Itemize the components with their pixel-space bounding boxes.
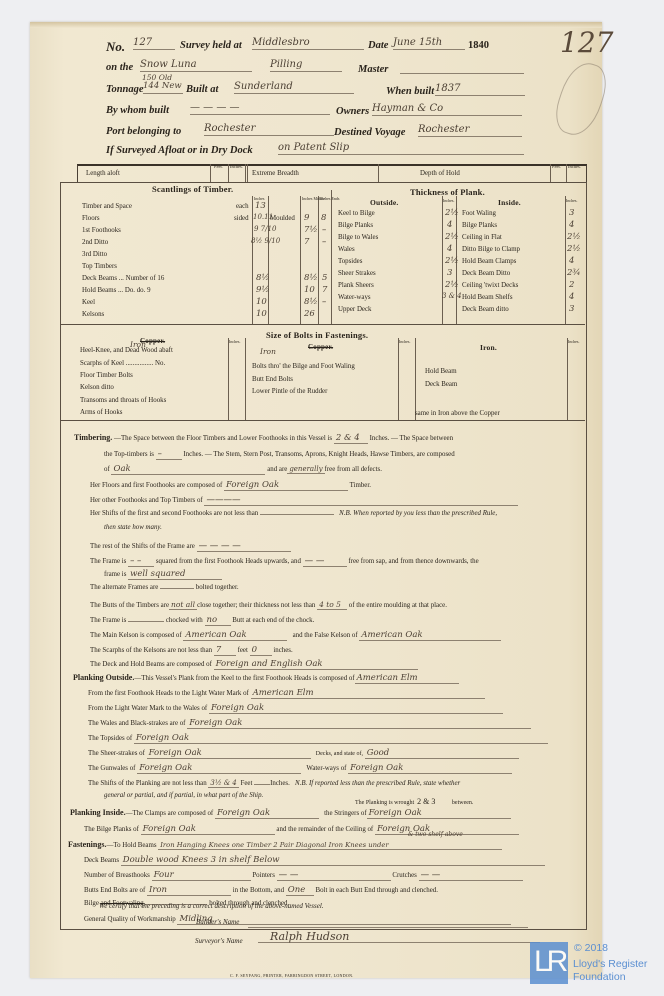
- scantling-label: 1st Foothooks: [82, 227, 121, 234]
- plank-label: Ceiling in Flat: [462, 234, 502, 241]
- crutches-value: — —: [419, 870, 523, 881]
- depth-label: Depth of Hold: [420, 170, 460, 177]
- plank-label: Hold Beam Clamps: [462, 258, 516, 265]
- surveyor-signature: Ralph Hudson: [258, 930, 540, 943]
- org-name-line1: Lloyd's Register: [573, 958, 647, 970]
- scarphs-feet-value: 7: [214, 645, 236, 656]
- when-built-value: 1837: [435, 83, 525, 96]
- text: Her other Foothooks and Top Timbers of: [90, 497, 203, 504]
- scantling-label: Deck Beams ... Number of 16: [82, 275, 164, 282]
- scantling-label: Kelsons: [82, 311, 104, 318]
- bolt-label: Heel-Knee, and Dead Wood abaft: [80, 347, 173, 354]
- floor-space-value: 2 & 4: [334, 433, 368, 444]
- text: feet: [238, 647, 248, 654]
- plank-value: 4: [569, 220, 574, 230]
- scantling-ends: 7: [322, 285, 327, 295]
- scantling-ends: 5: [322, 273, 327, 283]
- main-kelson-value: American Oak: [183, 630, 287, 641]
- plank-value: 4: [569, 256, 574, 266]
- wrought-value: 2 & 3: [417, 797, 435, 806]
- text: —This Vessel's Plank from the Keel to th…: [134, 675, 354, 682]
- stringers-value: Foreign Oak: [367, 808, 511, 819]
- light-water-value: American Elm: [251, 688, 485, 699]
- text: Timber.: [350, 482, 371, 489]
- plank-value: 2½: [567, 232, 581, 242]
- inches-label: Inches.: [230, 164, 243, 169]
- scantling-ends: –: [322, 225, 326, 235]
- scantling-label: 3rd Ditto: [82, 251, 107, 258]
- ship-label: on the: [106, 62, 133, 73]
- plank-value: 4: [569, 292, 574, 302]
- text: of: [104, 466, 110, 473]
- inside-title: Inside.: [498, 198, 521, 207]
- scantling-label: Timber and Space: [82, 203, 132, 210]
- hold-beams-value: Iron Hanging Knees one Timber 2 Pair Dia…: [158, 841, 502, 850]
- planking-outside-heading: Planking Outside.: [73, 673, 134, 682]
- lr-logo-icon: LR: [530, 942, 568, 984]
- plank-label: Bilge to Wales: [338, 234, 378, 241]
- survey-held-value: Middlesbro: [252, 37, 364, 50]
- date-year: 1840: [468, 40, 489, 51]
- text: and the False Kelson of: [293, 632, 358, 639]
- plank-label: Ditto Bilge to Clamp: [462, 246, 520, 253]
- plank-label: Keel to Bilge: [338, 210, 375, 217]
- text: close together; their thickness not less…: [197, 602, 315, 609]
- text: the Stringers of: [324, 810, 367, 817]
- master-label: Master: [358, 64, 388, 75]
- plank-value: 3 & 4: [442, 292, 462, 300]
- text: The Butts of the Timbers are: [90, 602, 169, 609]
- scantlings-title: Scantlings of Timber.: [152, 184, 233, 194]
- scantling-sided: 10: [256, 297, 267, 307]
- decks-state-value: Good: [365, 748, 519, 759]
- text: The Wales and Black-strakes are of: [88, 720, 185, 727]
- fastenings-heading: Fastenings.: [68, 840, 106, 849]
- afloat-label: If Surveyed Afloat or in Dry Dock: [106, 145, 253, 156]
- ship-value: Snow Luna: [140, 59, 252, 72]
- text: N.B. When reported by you less than the …: [339, 510, 497, 517]
- tonnage-value: 144 New: [143, 81, 183, 94]
- bolt-label: Bolts thro' the Bilge and Foot Waling: [252, 363, 355, 370]
- bolts-inches-header: Inches.: [229, 339, 240, 344]
- text: chocked with: [166, 617, 203, 624]
- beams-value: Foreign and English Oak: [214, 659, 418, 670]
- scantling-mid: 9: [304, 213, 309, 223]
- plank-label: Sheer Strakes: [338, 270, 376, 277]
- waterways-value: Foreign Oak: [348, 763, 512, 774]
- breasthooks-value: Four: [152, 870, 251, 881]
- text: Inches. — The Stem, Stern Post, Transoms…: [183, 451, 454, 458]
- butt-bolts-value: Iron: [147, 885, 231, 896]
- frame-below-value: well squared: [128, 569, 222, 580]
- text: The rest of the Shifts of the Frame are: [90, 543, 195, 550]
- text: the Top-timbers is: [104, 451, 154, 458]
- text: The Frame is: [90, 617, 126, 624]
- plank-value: 2½: [567, 244, 581, 254]
- scantling-sided: 8½ 9/10: [251, 237, 280, 245]
- text: —To Hold Beams: [106, 842, 156, 849]
- bilge-planks-value: Foreign Oak: [141, 824, 275, 835]
- dimensions-row: [77, 164, 587, 183]
- built-at-label: Built at: [186, 84, 218, 95]
- text: Deck Beams: [84, 857, 119, 864]
- survey-held-label: Survey held at: [180, 40, 242, 51]
- plank-label: Deck Beam Ditto: [462, 270, 510, 277]
- text: The Planking is wrought: [355, 800, 414, 806]
- plank-value: 4: [447, 244, 452, 254]
- clamps-value: Foreign Oak: [215, 808, 319, 819]
- text: Her Shifts of the first and second Footh…: [90, 510, 258, 517]
- master-field: [400, 61, 524, 74]
- scantling-mid: 10: [304, 285, 315, 295]
- owners-label: Owners: [336, 106, 369, 117]
- floors-value: Foreign Oak: [224, 480, 348, 491]
- text: The alternate Frames are: [90, 584, 158, 591]
- scantling-label: Floors: [82, 215, 100, 222]
- text: —The Clamps are composed of: [126, 810, 214, 817]
- plank-title: Thickness of Plank.: [410, 187, 485, 197]
- scantling-mid: 26: [304, 309, 315, 319]
- black-strakes-value: Foreign Oak: [187, 718, 531, 729]
- plank-label: Plank Sheers: [338, 282, 374, 289]
- plank-label: Hold Beam Shelfs: [462, 294, 513, 301]
- bolt-label: Butt End Bolts: [252, 376, 293, 383]
- surveyor-label: Surveyor's Name: [195, 937, 243, 945]
- scantlings-ends-header: Inches Ends: [320, 196, 339, 201]
- text: N.B. If reported less than the prescribe…: [295, 780, 460, 787]
- text: Butt at each end of the chock.: [232, 617, 314, 624]
- date-value: June 15th: [393, 37, 465, 50]
- bolt-label: Floor Timber Bolts: [80, 372, 133, 379]
- text: and the remainder of the Ceiling of: [276, 826, 373, 833]
- text: Bolt in each Butt End through and clench…: [315, 887, 437, 894]
- text: Pointers: [252, 872, 275, 879]
- scarphs-inches-value: 0: [250, 645, 272, 656]
- alternate-frames-value: [160, 588, 194, 589]
- text: free from all defects.: [325, 466, 382, 473]
- inches-label: Inches.: [568, 164, 581, 169]
- text: The Topsides of: [88, 735, 132, 742]
- text: free from sap, and from thence downwards…: [348, 558, 478, 565]
- defects-value: generally: [287, 465, 324, 474]
- plank-label: Deck Beam ditto: [462, 306, 509, 313]
- stem-composition-value: Oak: [111, 464, 265, 475]
- scantling-sided: 9½: [256, 285, 270, 295]
- plank-value: 3: [569, 208, 574, 218]
- text: Feet: [241, 780, 253, 787]
- scantling-ends: –: [322, 297, 326, 307]
- scantling-sided: 13: [255, 201, 266, 211]
- text: Inches. — The Space between: [370, 435, 454, 442]
- lr-logo-text: LR: [534, 945, 564, 979]
- when-built-label: When built: [386, 86, 434, 97]
- plank-value: 2½: [445, 232, 459, 242]
- plank-value: 3: [569, 304, 574, 314]
- bolts-per-butt-value: One: [286, 885, 314, 896]
- plank-label: Wales: [338, 246, 355, 253]
- date-label: Date: [368, 40, 388, 51]
- text: frame is: [104, 571, 126, 578]
- text: Water-ways of: [306, 765, 346, 772]
- sheer-strakes-value: Foreign Oak: [147, 748, 311, 759]
- plank-value: 2: [569, 280, 574, 290]
- text: Decks, and state of,: [316, 751, 363, 757]
- rest-shifts-value: — — — —: [197, 541, 291, 552]
- inside-inches-header: Inches.: [566, 198, 577, 203]
- butts-close-value: not all: [169, 600, 197, 610]
- keel-plank-value: American Elm: [355, 673, 459, 684]
- text: then state how many.: [104, 524, 162, 531]
- bolt-label: Kelson ditto: [80, 384, 114, 391]
- feet-label: Feet.: [552, 164, 561, 169]
- text: general or partial, and if partial, in w…: [104, 792, 263, 799]
- bolt-label: same in Iron above the Copper: [415, 410, 500, 417]
- plank-value: 2½: [445, 256, 459, 266]
- bolts-copper-strike-2: Copper.: [308, 343, 333, 351]
- text: The Shifts of the Planking are not less …: [88, 780, 207, 787]
- hold-beams-above-note: & two shelf above: [408, 831, 463, 838]
- plank-label: Topsides: [338, 258, 362, 265]
- text: The Frame is: [90, 558, 126, 565]
- no-value: 127: [133, 37, 175, 50]
- scantling-suffix: sided: [234, 215, 249, 222]
- bolts-title: Size of Bolts in Fastenings.: [266, 330, 368, 340]
- scantling-suffix: each: [236, 203, 249, 210]
- plank-label: Foot Waling: [462, 210, 496, 217]
- by-whom-value: — — — —: [190, 102, 330, 115]
- other-foothooks-value: ————: [204, 495, 518, 506]
- scantling-sided: 9 7/10: [254, 225, 276, 233]
- butts-thickness-value: 4 to 5: [317, 600, 347, 610]
- shifts-value: [260, 514, 334, 515]
- bolt-label: Scarphs of Keel ................ No.: [80, 360, 165, 367]
- certify-text: We certify that the preceding is a corre…: [99, 902, 324, 910]
- frame-sap-value: — —: [303, 556, 347, 567]
- feet-label: Feet.: [214, 164, 223, 169]
- text: of the entire moulding at that place.: [349, 602, 447, 609]
- bolts-iron-hand-2: Iron: [260, 347, 276, 356]
- built-at-value: Sunderland: [234, 81, 354, 94]
- bolts-inches-header: Inches.: [399, 339, 410, 344]
- plank-label: Bilge Planks: [338, 222, 373, 229]
- plank-value: 4: [447, 220, 452, 230]
- text: Butts End Bolts are of: [84, 887, 145, 894]
- plank-label: Bilge Planks: [462, 222, 497, 229]
- scantling-mid: 7½: [304, 225, 318, 235]
- scantling-label: 2nd Ditto: [82, 239, 108, 246]
- gunwales-value: Foreign Oak: [137, 763, 301, 774]
- text: —The Space between the Floor Timbers and…: [114, 435, 332, 442]
- plank-shifts-inches: [254, 784, 270, 785]
- text: Number of Breasthooks: [84, 872, 150, 879]
- text: squared from the first Foothook Heads up…: [156, 558, 301, 565]
- owners-value: Hayman & Co: [372, 103, 522, 116]
- plank-label: Water-ways: [338, 294, 371, 301]
- text: Bilge: [84, 900, 99, 907]
- chock-butt-value: no: [205, 615, 231, 626]
- builder-label: Builder's Name: [196, 918, 239, 926]
- text: The Sheer-strakes of: [88, 750, 145, 757]
- false-kelson-value: American Oak: [359, 630, 501, 641]
- outside-inches-header: Inches.: [443, 198, 454, 203]
- scantling-sided: 8½: [256, 273, 270, 283]
- breadth-label: Extreme Breadth: [252, 170, 299, 177]
- text: The Bilge Planks of: [84, 826, 139, 833]
- outside-title: Outside.: [370, 198, 398, 207]
- scantling-label: Top Timbers: [82, 263, 117, 270]
- builder-field: [248, 915, 528, 928]
- bolt-label: Lower Pintle of the Rudder: [252, 388, 327, 395]
- scantling-mid: 7: [304, 237, 309, 247]
- plank-value: 2¾: [567, 268, 581, 278]
- plank-value: 3: [447, 268, 452, 278]
- text: General Quality of Workmanship: [84, 916, 176, 923]
- ship-master-value: Pilling: [270, 59, 342, 72]
- text: bolted together.: [196, 584, 239, 591]
- frame-chocked-value: [128, 621, 164, 622]
- bolts-iron-header: Iron.: [480, 343, 497, 352]
- topsides-value: Foreign Oak: [134, 733, 548, 744]
- org-name-line2: Foundation: [573, 971, 626, 983]
- text: From the first Foothook Heads to the Lig…: [88, 690, 249, 697]
- text: in the Bottom, and: [233, 887, 284, 894]
- scantling-moulded: Moulded: [270, 215, 295, 222]
- plank-value: 2½: [445, 208, 459, 218]
- text: The Deck and Hold Beams are composed of: [90, 661, 212, 668]
- text: Inches.: [270, 780, 290, 787]
- text: inches.: [273, 647, 292, 654]
- planking-inside-heading: Planking Inside.: [70, 808, 126, 817]
- printer-imprint: C. F. SEYFANG, PRINTER, FARRINGDON STREE…: [230, 973, 354, 978]
- scantling-label: Hold Beams ... Do. do. 9: [82, 287, 151, 294]
- bolt-label: Deck Beam: [425, 381, 457, 388]
- copyright-text: © 2018: [574, 942, 608, 954]
- deck-beams-value: Double wood Knees 3 in shelf Below: [121, 855, 545, 866]
- port-label: Port belonging to: [106, 126, 181, 137]
- scantling-mid: 8½: [304, 297, 318, 307]
- text: The Gunwales of: [88, 765, 135, 772]
- text: From the Light Water Mark to the Wales o…: [88, 705, 207, 712]
- scantling-ends: –: [322, 237, 326, 247]
- afloat-value: on Patent Slip: [278, 142, 524, 155]
- voyage-value: Rochester: [418, 124, 522, 137]
- plank-label: Upper Deck: [338, 306, 371, 313]
- no-label: No.: [106, 39, 125, 55]
- plank-shifts-value: 3½ & 4: [208, 779, 238, 788]
- text: Her Floors and first Foothooks are compo…: [90, 482, 222, 489]
- text: Crutches: [392, 872, 417, 879]
- by-whom-label: By whom built: [106, 105, 169, 116]
- plank-label: Ceiling 'twixt Decks: [462, 282, 518, 289]
- wales-value: Foreign Oak: [209, 703, 503, 714]
- top-timber-space-value: –: [156, 449, 182, 460]
- pointers-value: — —: [277, 870, 391, 881]
- corner-number: 127: [560, 26, 613, 59]
- bolt-label: Transoms and throats of Hooks: [80, 397, 166, 404]
- port-value: Rochester: [204, 123, 334, 136]
- scantling-label: Keel: [82, 299, 95, 306]
- length-label: Length aloft: [86, 170, 120, 177]
- text: The Main Kelson is composed of: [90, 632, 182, 639]
- scantling-ends: 8: [321, 213, 326, 223]
- plank-value: 2½: [445, 280, 459, 290]
- bolts-inches-header: Inches.: [568, 339, 579, 344]
- frame-squared-value: – –: [128, 556, 154, 567]
- timbering-heading: Timbering.: [74, 433, 112, 442]
- bolt-label: Arms of Hooks: [80, 409, 123, 416]
- text: The Scarphs of the Kelsons are not less …: [90, 647, 212, 654]
- text: and are: [267, 466, 287, 473]
- voyage-label: Destined Voyage: [334, 127, 405, 138]
- scantling-sided: 10: [256, 309, 267, 319]
- tonnage-label: Tonnage: [106, 84, 144, 95]
- text: between.: [452, 800, 474, 806]
- bolt-label: Hold Beam: [425, 368, 457, 375]
- scantling-mid: 8½: [304, 273, 318, 283]
